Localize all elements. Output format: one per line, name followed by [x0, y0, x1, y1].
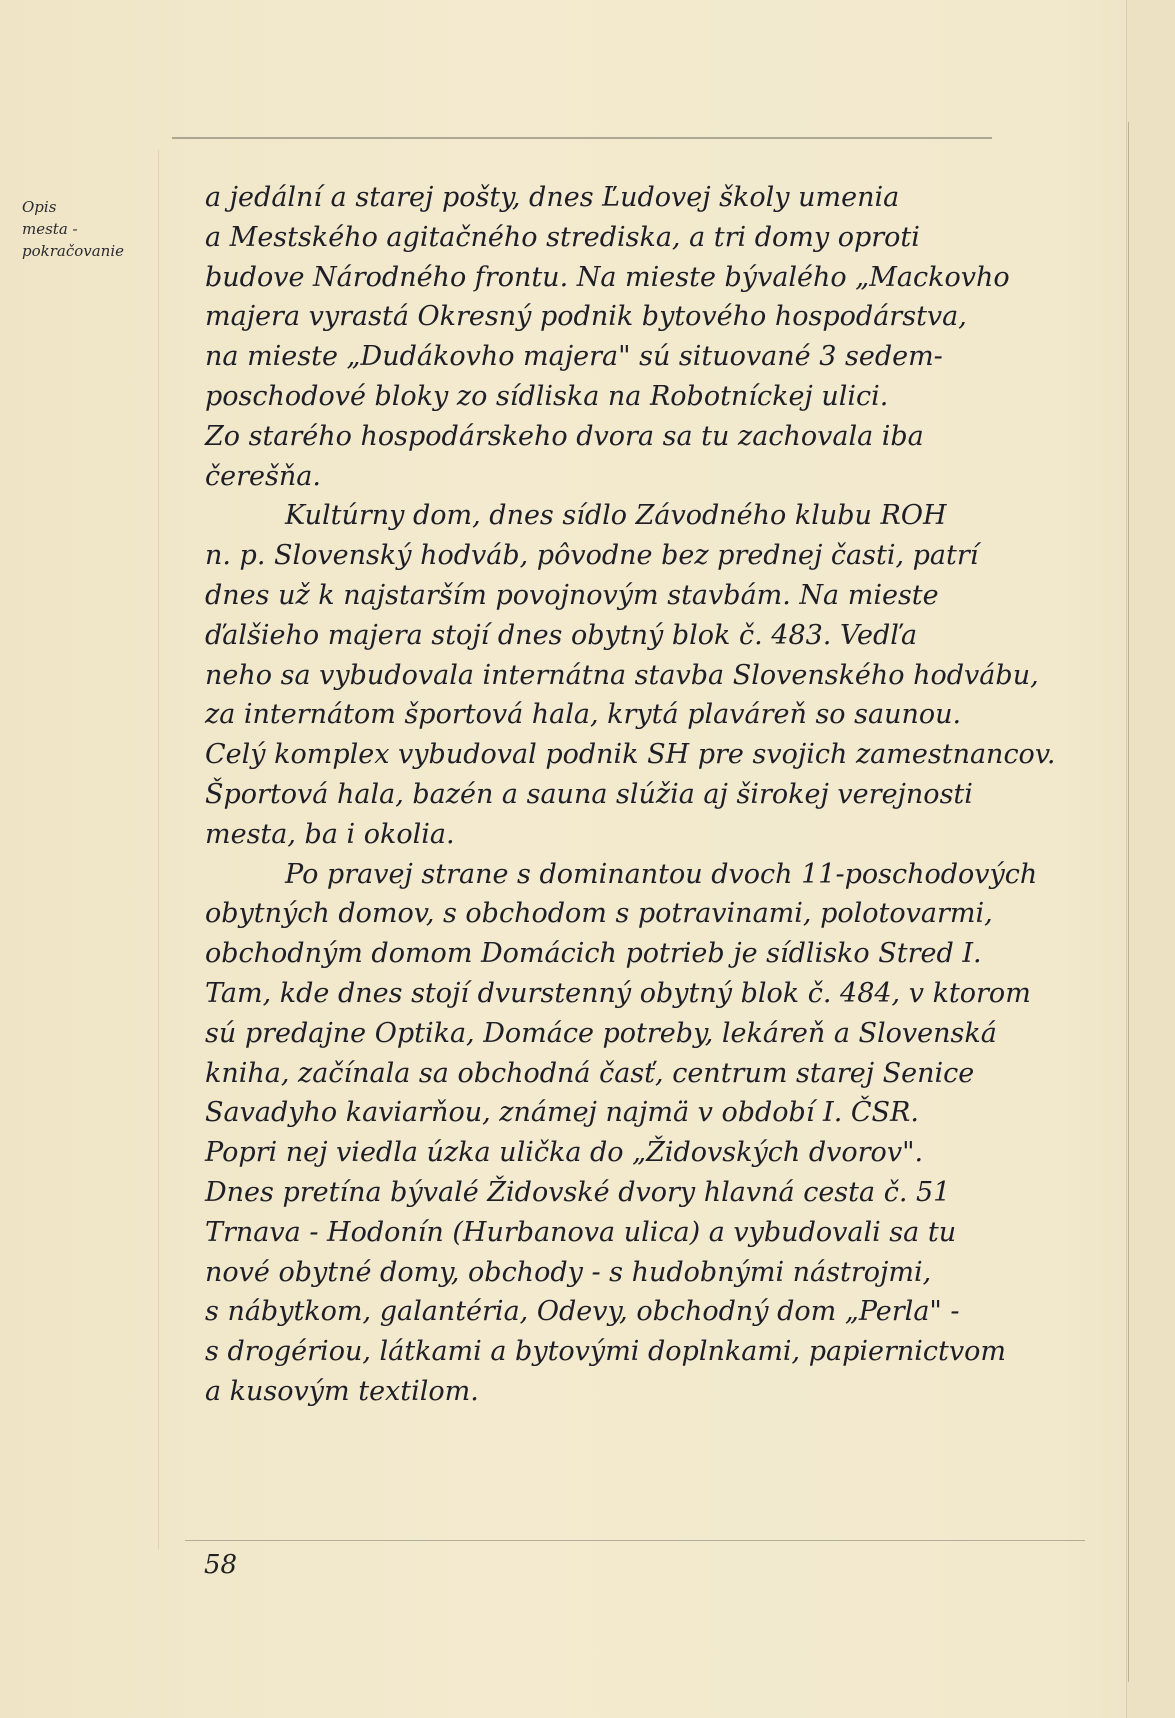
- margin-note-line: pokračovanie: [22, 240, 172, 262]
- text-line: obytných domov, s obchodom s potravinami…: [205, 894, 1105, 934]
- bottom-rule-line: [185, 1540, 1085, 1541]
- text-line: Tam, kde dnes stojí dvurstenný obytný bl…: [205, 974, 1105, 1014]
- text-line: Kultúrny dom, dnes sídlo Závodného klubu…: [205, 496, 1105, 536]
- left-margin-rule: [158, 150, 159, 1550]
- text-line: neho sa vybudovala internátna stavba Slo…: [205, 656, 1105, 696]
- margin-note: Opis mesta - pokračovanie: [22, 196, 172, 262]
- text-line: budove Národného frontu. Na mieste býval…: [205, 258, 1105, 298]
- text-line: a Mestského agitačného strediska, a tri …: [205, 218, 1105, 258]
- page-number: 58: [204, 1550, 237, 1580]
- text-line: sú predajne Optika, Domáce potreby, leká…: [205, 1014, 1105, 1054]
- text-line: Dnes pretína bývalé Židovské dvory hlavn…: [205, 1173, 1105, 1213]
- text-line: s nábytkom, galantéria, Odevy, obchodný …: [205, 1292, 1105, 1332]
- text-line: Zo starého hospodárskeho dvora sa tu zac…: [205, 417, 1105, 457]
- chronicle-page: Opis mesta - pokračovanie a jedální a st…: [0, 0, 1175, 1718]
- text-line: kniha, začínala sa obchodná časť, centru…: [205, 1054, 1105, 1094]
- margin-note-line: mesta -: [22, 218, 172, 240]
- right-margin-rule: [1128, 122, 1129, 1682]
- page-edge-strip: [1126, 0, 1175, 1718]
- handwritten-body-text: a jedální a starej pošty, dnes Ľudovej š…: [205, 178, 1105, 1412]
- text-line: dnes už k najstarším povojnovým stavbám.…: [205, 576, 1105, 616]
- text-line: Celý komplex vybudoval podnik SH pre svo…: [205, 735, 1105, 775]
- text-line: a jedální a starej pošty, dnes Ľudovej š…: [205, 178, 1105, 218]
- text-line: n. p. Slovenský hodváb, pôvodne bez pred…: [205, 536, 1105, 576]
- top-rule-line: [172, 137, 992, 139]
- text-line: za internátom športová hala, krytá plavá…: [205, 695, 1105, 735]
- text-line: majera vyrastá Okresný podnik bytového h…: [205, 297, 1105, 337]
- text-line: na mieste „Dudákovho majera" sú situovan…: [205, 337, 1105, 377]
- text-line: s drogériou, látkami a bytovými doplnkam…: [205, 1332, 1105, 1372]
- text-line: obchodným domom Domácich potrieb je sídl…: [205, 934, 1105, 974]
- text-line: poschodové bloky zo sídliska na Robotníc…: [205, 377, 1105, 417]
- text-line: ďalšieho majera stojí dnes obytný blok č…: [205, 616, 1105, 656]
- text-line: čerešňa.: [205, 457, 1105, 497]
- text-line: Športová hala, bazén a sauna slúžia aj š…: [205, 775, 1105, 815]
- text-line: Po pravej strane s dominantou dvoch 11-p…: [205, 855, 1105, 895]
- text-line: Trnava - Hodonín (Hurbanova ulica) a vyb…: [205, 1213, 1105, 1253]
- text-line: Popri nej viedla úzka ulička do „Židovsk…: [205, 1133, 1105, 1173]
- text-line: nové obytné domy, obchody - s hudobnými …: [205, 1253, 1105, 1293]
- text-line: a kusovým textilom.: [205, 1372, 1105, 1412]
- text-line: Savadyho kaviarňou, známej najmä v obdob…: [205, 1093, 1105, 1133]
- text-line: mesta, ba i okolia.: [205, 815, 1105, 855]
- margin-note-line: Opis: [22, 196, 172, 218]
